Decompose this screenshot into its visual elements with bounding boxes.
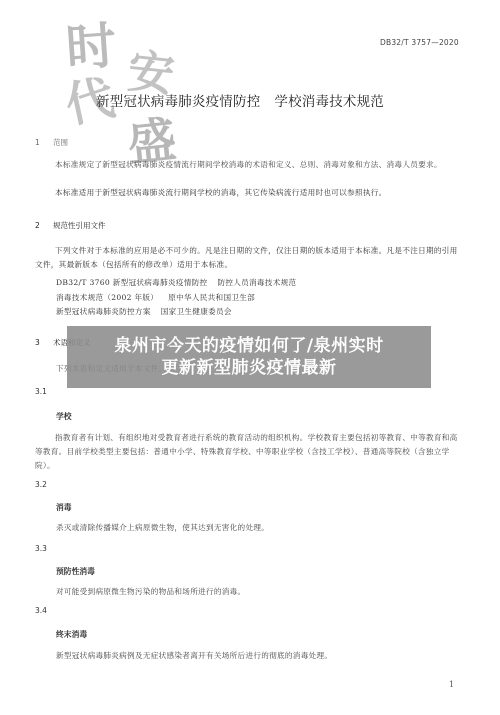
- section-1-paragraph: 本标准规定了新型冠状病毒肺炎疫情流行期间学校消毒的术语和定义、总则、消毒对象和方…: [35, 158, 465, 172]
- term-definition: 对可能受到病原微生物污染的物品和场所进行的消毒。: [56, 586, 245, 597]
- term-number: 3.4: [35, 606, 47, 615]
- term-number: 3.1: [35, 387, 47, 396]
- term-number: 3.3: [35, 544, 47, 553]
- reference-item: 消毒技术规范（2002 年版）原中华人民共和国卫生部: [56, 292, 255, 303]
- watermark-char: 时: [64, 20, 117, 73]
- term-definition: 新型冠状病毒肺炎病例及无症状感染者离开有关场所后进行的彻底的消毒处理。: [56, 650, 332, 661]
- headline-line-1: 泉州市今天的疫情如何了/泉州实时: [114, 335, 383, 357]
- section-1-paragraph: 本标准适用于新型冠状病毒肺炎流行期间学校的消毒，其它传染病流行适用时也可以参照执…: [35, 186, 465, 200]
- term-title: 消毒: [56, 502, 72, 513]
- page-number: 1: [449, 680, 454, 689]
- reference-item: DB32/T 3760 新型冠状病毒肺炎疫情防控防控人员消毒技术规范: [56, 277, 296, 288]
- section-heading-2: 2规范性引用文件: [35, 220, 106, 231]
- headline-line-2: 更新新型肺炎疫情最新: [162, 357, 337, 379]
- section-heading-1: 1范围: [35, 137, 68, 148]
- term-title: 学校: [56, 411, 72, 422]
- term-title: 预防性消毒: [56, 566, 95, 577]
- term-title: 终末消毒: [56, 629, 87, 640]
- standard-code: DB32/T 3757—2020: [380, 38, 459, 47]
- term-definition: 杀灭或清除传播媒介上病原微生物，使其达到无害化的处理。: [56, 522, 269, 533]
- title-part-2: 学校消毒技术规范: [274, 94, 384, 110]
- title-part-1: 新型冠状病毒肺炎疫情防控: [96, 94, 260, 110]
- document-page: 时 代 安 盛 DB32/T 3757—2020 新型冠状病毒肺炎疫情防控学校消…: [0, 0, 500, 715]
- term-definition: 指教育者有计划、有组织地对受教育者进行系统的教育活动的组织机构。学校教育主要包括…: [35, 431, 465, 473]
- reference-item: 新型冠状病毒肺炎防控方案国家卫生健康委员会: [56, 306, 232, 317]
- section-2-paragraph: 下列文件对于本标准的应用是必不可少的。凡是注日期的文件，仅注日期的版本适用于本标…: [35, 244, 465, 272]
- headline-overlay: 泉州市今天的疫情如何了/泉州实时 更新新型肺炎疫情最新: [67, 326, 431, 388]
- term-number: 3.2: [35, 480, 47, 489]
- document-title: 新型冠状病毒肺炎疫情防控学校消毒技术规范: [96, 90, 384, 110]
